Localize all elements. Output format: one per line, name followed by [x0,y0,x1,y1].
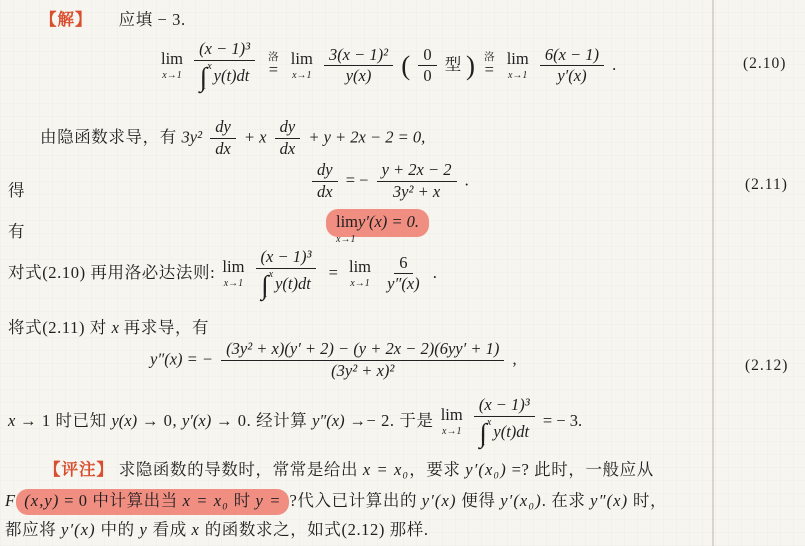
equals-sign: = [269,62,278,79]
highlighted-limit-line: limy′(x) = 0. x→1 [326,209,429,237]
lhopital-equals: 洛 = [268,53,279,79]
text-run: y″(x) [312,411,345,430]
equation-2-12: y″(x) = − (3y² + x)(y′ + 2) − (y + 2x − … [150,340,517,381]
fraction-denominator: y′(x) [552,66,591,86]
fraction-numerator: (x − 1)³ [256,248,317,269]
period: . [612,55,616,74]
remark-line-2: F(x,y) = 0 中计算出当 x = x₀ 时 y =?代入已计算出的 y′… [5,489,667,515]
open-paren: ( [401,50,410,80]
text-run: x [112,318,119,337]
page-gutter-line [712,0,714,546]
zero-over-zero: 0 0 [418,46,436,87]
integrand: y(t)dt [214,67,250,86]
text-run: → 0, [137,411,182,430]
highlight-lim-y-prime: limy′(x) = 0. x→1 [326,209,429,237]
equals-sign: = [329,263,338,282]
lim-word: lim [349,259,371,276]
fraction-denominator: dx [275,139,301,159]
text-run: y′(x) [422,491,457,510]
fraction-numerator: (x − 1)³ [194,40,255,61]
solution-answer: 应填 − 3. [119,10,186,29]
dy-dx-fraction: dy dx [312,161,338,202]
text-run: 的函数求之，如式(2.12) 那样. [200,520,429,539]
you-lead-word: 有 [8,221,25,243]
eq-number-2-11: (2.11) [745,176,788,194]
text-run: y′(x₀) [500,491,542,510]
implicit-derivative-line: 由隐函数求导，有 3y² dy dx + x dy dx + y + 2x − … [40,118,425,159]
integral-upper-limit: x [269,270,273,280]
period: . [433,263,437,282]
text-run: 求隐函数的导数时，常常是给出 [114,460,363,479]
lim-subscript: x→1 [162,71,181,81]
solution-header: 【解】 应填 − 3. [40,9,186,31]
fraction-numerator: dy [275,118,301,139]
integral-limits: x 1 [269,270,273,300]
fraction: 6 y″(x) [382,254,425,295]
text-run: =? 此时，一般应从 [507,460,654,479]
conclusion-line: x → 1 时已知 y(x) → 0, y′(x) → 0. 经计算 y″(x)… [8,396,582,448]
text-run: y′(x₀) [465,460,507,479]
equation-tail: + y + 2x − 2 = 0, [308,127,425,146]
text-run: y″(x) [590,491,628,510]
lim-word: lim [336,212,358,231]
dy-dx-fraction: dy dx [275,118,301,159]
integral-lower-limit: 1 [481,438,491,448]
highlighted-remark-text: (x,y) = 0 中计算出当 x = x₀ 时 y = [24,491,281,510]
text-run: 看成 [148,520,192,539]
text-run: (x,y) [24,491,59,510]
text-run: 都应将 [5,520,61,539]
text-run: ?代入已计算出的 [289,491,421,510]
fraction-denominator: y″(x) [382,274,425,294]
text-run: → 0. 经计算 [211,411,312,430]
limit-operator: lim x→1 [441,407,463,437]
limit-operator: lim x→1 [349,259,371,289]
integral-lower-limit: 1 [263,290,273,300]
fraction-numerator: 6 [394,254,412,275]
remark-label: 【评注】 [44,460,114,479]
type-word: 型 [445,55,462,74]
lhopital-again-text: 对式(2.10) 再用洛必达法则: [8,263,215,282]
solution-label: 【解】 [40,10,93,29]
text-run: 时， [628,491,667,510]
fraction: 6(x − 1) y′(x) [540,46,604,87]
text-run: 将式(2.11) 对 [8,318,112,337]
implicit-intro-text: 由隐函数求导，有 [40,127,182,146]
fraction: y + 2x − 2 3y² + x [377,161,457,202]
lhopital-equals: 洛 = [484,53,495,79]
eq-number-2-10: (2.10) [743,55,786,73]
text-run: → 1 时已知 [15,411,111,430]
fraction-numerator: 0 [418,46,436,67]
equation-2-10: lim x→1 (x − 1)³ ∫ x 1 y(t)dt 洛 = lim x→… [158,40,616,92]
close-paren: ) [466,50,475,80]
fraction-numerator: y + 2x − 2 [377,161,457,182]
period: . [465,170,469,189]
lim-word: lim [291,51,313,68]
term-3y2: 3y² [182,127,203,146]
limit-result: y′(x) = 0. [358,212,419,231]
remark-line-1: 【评注】 求隐函数的导数时，常常是给出 x = x₀，要求 y′(x₀) =? … [44,459,654,481]
fraction-denominator: 0 [418,66,436,86]
lim-subscript: x→1 [224,279,243,289]
fraction: 3(x − 1)² y(x) [324,46,393,87]
text-run: 便得 [457,491,501,510]
fraction-denominator: ∫ x 1 y(t)dt [475,417,535,448]
integral-limits: x 1 [487,418,491,448]
fraction-numerator: dy [312,161,338,182]
lim-word: lim [161,51,183,68]
fraction-integral: (x − 1)³ ∫ x 1 y(t)dt [474,396,535,448]
limit-operator: lim x→1 [291,51,313,81]
limit-operator: lim x→1 [507,51,529,81]
function-f-symbol: F [5,491,16,510]
remark-text-2: ?代入已计算出的 y′(x) 便得 y′(x₀). 在求 y″(x) 时， [289,491,667,510]
text-run: . 在求 [542,491,590,510]
fraction: (3y² + x)(y′ + 2) − (y + 2x − 2)(6yy′ + … [221,340,504,381]
fraction-denominator: dx [210,139,236,159]
text-run: = 0 中计算出当 [59,491,182,510]
lim-subscript: x→1 [442,427,461,437]
integral-upper-limit: x [487,418,491,428]
remark-line-3: 都应将 y′(x) 中的 y 看成 x 的函数求之，如式(2.12) 那样. [5,519,429,541]
comma: , [512,349,516,368]
text-run: y [139,520,147,539]
text-run: 时 [229,491,256,510]
highlight-remark: (x,y) = 0 中计算出当 x = x₀ 时 y = [16,489,289,515]
integral-upper-limit: x [207,62,211,72]
text-run: x = x₀ [363,460,409,479]
lim-word: lim [507,51,529,68]
dy-dx-fraction: dy dx [210,118,236,159]
fraction-numerator: (x − 1)³ [474,396,535,417]
lim-word: lim [222,259,244,276]
text-run: 再求导，有 [119,318,209,337]
limit-operator: lim x→1 [161,51,183,81]
remark-text-1: 求隐函数的导数时，常常是给出 x = x₀，要求 y′(x₀) =? 此时，一般… [114,460,654,479]
integrand: y(t)dt [493,423,529,442]
fraction-denominator: y(x) [341,66,377,86]
fraction-numerator: 6(x − 1) [540,46,604,67]
lhopital-again-line: 对式(2.10) 再用洛必达法则: lim x→1 (x − 1)³ ∫ x 1… [8,248,437,300]
text-run: ，要求 [409,460,465,479]
integral-lower-limit: 1 [201,82,211,92]
fraction-numerator: 3(x − 1)² [324,46,393,67]
lim-subscript: x→1 [292,71,311,81]
second-derivative-lhs: y″(x) = − [150,349,213,368]
fraction-denominator: 3y² + x [388,182,445,202]
plus-x-term: + x [244,127,267,146]
fraction-numerator: dy [210,118,236,139]
lim-subscript: x→1 [508,71,527,81]
differentiate-again-line: 将式(2.11) 对 x 再求导，有 [8,317,209,339]
equation-2-11: dy dx = − y + 2x − 2 3y² + x . [308,161,469,202]
text-run: x = x₀ [183,491,229,510]
text-run: →− 2. 于是 [345,411,434,430]
text-run: y = [256,491,282,510]
fraction-integral: (x − 1)³ ∫ x 1 y(t)dt [194,40,255,92]
fraction-numerator: (3y² + x)(y′ + 2) − (y + 2x − 2)(6yy′ + … [221,340,504,361]
final-answer: = − 3. [543,411,582,430]
fraction-integral: (x − 1)³ ∫ x 1 y(t)dt [256,248,317,300]
eq-number-2-12: (2.12) [745,357,788,375]
text-run: y(x) [111,411,137,430]
lim-subscript: x→1 [350,279,369,289]
text-run: y′(x) [182,411,211,430]
lim-subscript: x→1 [336,233,355,247]
de-lead-word: 得 [8,180,25,202]
textbook-page: 【解】 应填 − 3. lim x→1 (x − 1)³ ∫ x 1 y(t)d… [0,0,805,546]
text-run: y′(x) [61,520,96,539]
integrand: y(t)dt [275,275,311,294]
equals-sign: = [485,62,494,79]
integral-limits: x 1 [207,62,211,92]
limit-operator: lim x→1 [222,259,244,289]
fraction-denominator: ∫ x 1 y(t)dt [256,269,316,300]
fraction-denominator: dx [312,182,338,202]
conclusion-text: x → 1 时已知 y(x) → 0, y′(x) → 0. 经计算 y″(x)… [8,411,434,430]
fraction-denominator: ∫ x 1 y(t)dt [195,61,255,92]
equals-minus: = − [346,170,369,189]
lim-word: lim [441,407,463,424]
fraction-denominator: (3y² + x)² [326,361,399,381]
text-run: 中的 [96,520,140,539]
text-run: x [192,520,200,539]
